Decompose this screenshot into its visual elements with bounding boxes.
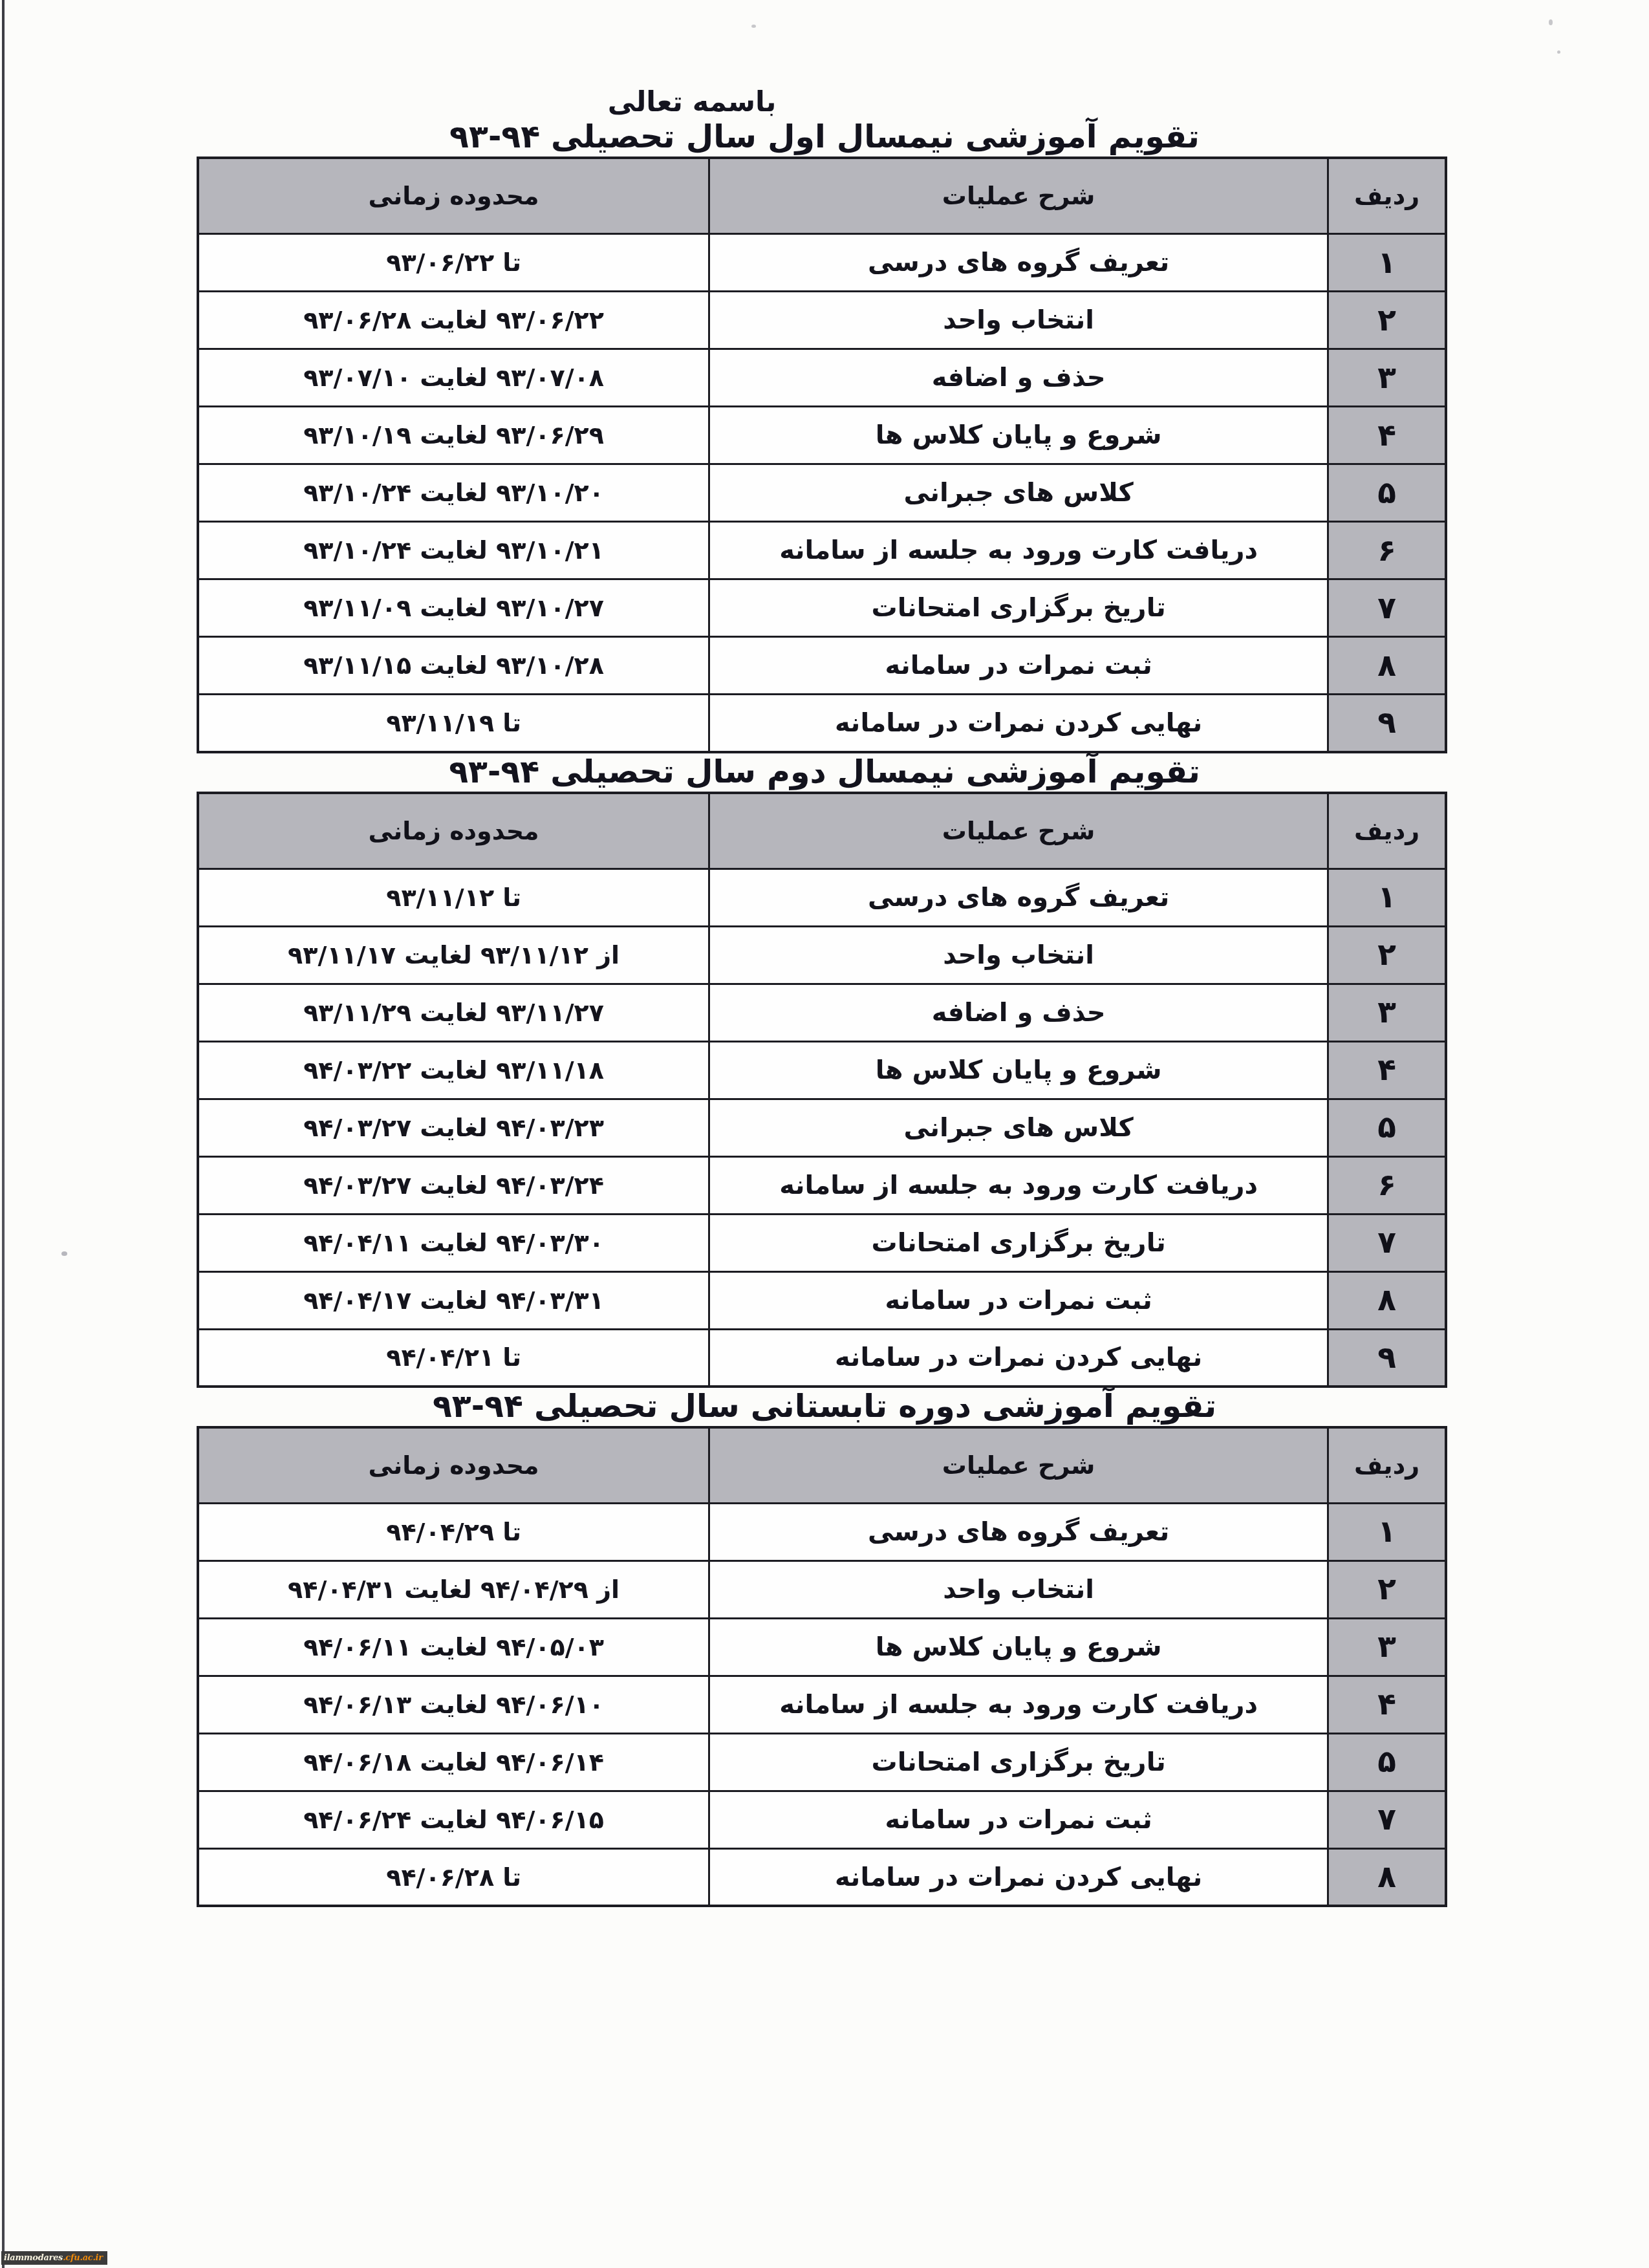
operation-description-cell: نهایی کردن نمرات در سامانه [709,1329,1328,1387]
table-row: ۲انتخاب واحداز ۹۴/۰۴/۲۹ لغایت ۹۴/۰۴/۳۱ [198,1561,1446,1618]
operation-description-cell: حذف و اضافه [709,984,1328,1041]
scan-speck [1557,50,1560,54]
operation-description-cell: تاریخ برگزاری امتحانات [709,1733,1328,1791]
time-range-cell: ۹۴/۰۳/۲۳ لغایت ۹۴/۰۳/۲۷ [198,1099,709,1156]
time-range-cell: ۹۴/۰۳/۳۱ لغایت ۹۴/۰۴/۱۷ [198,1271,709,1329]
time-range-cell: از ۹۳/۱۱/۱۲ لغایت ۹۳/۱۱/۱۷ [198,926,709,984]
time-range-cell: ۹۳/۱۱/۲۷ لغایت ۹۳/۱۱/۲۹ [198,984,709,1041]
time-range-cell: ۹۴/۰۵/۰۳ لغایت ۹۴/۰۶/۱۱ [198,1618,709,1676]
row-number-cell: ۶ [1328,1156,1446,1214]
time-range-cell: ۹۳/۱۰/۲۱ لغایت ۹۳/۱۰/۲۴ [198,522,709,579]
row-number-cell: ۹ [1328,695,1446,752]
table-row: ۱تعریف گروه های درسیتا ۹۴/۰۴/۲۹ [198,1503,1446,1561]
row-number-cell: ۱ [1328,234,1446,292]
row-number-cell: ۷ [1328,1791,1446,1848]
time-range-cell: تا ۹۴/۰۴/۲۱ [198,1329,709,1387]
time-range-cell: ۹۳/۰۶/۲۲ لغایت ۹۳/۰۶/۲۸ [198,292,709,349]
operation-description-cell: ثبت نمرات در سامانه [709,637,1328,695]
row-number-cell: ۱ [1328,869,1446,926]
time-range-cell: ۹۴/۰۶/۱۵ لغایت ۹۴/۰۶/۲۴ [198,1791,709,1848]
scan-speck [1549,19,1553,25]
table-row: ۴دریافت کارت ورود به جلسه از سامانه۹۴/۰۶… [198,1676,1446,1733]
scan-edge-artifact [2,0,5,2268]
operation-description-cell: دریافت کارت ورود به جلسه از سامانه [709,1676,1328,1733]
watermark-domain-suffix: .cfu.ac.ir [63,2253,103,2263]
table-row: ۸نهایی کردن نمرات در سامانهتا ۹۴/۰۶/۲۸ [198,1848,1446,1906]
table-row: ۱تعریف گروه های درسیتا ۹۳/۰۶/۲۲ [198,234,1446,292]
table-row: ۵کلاس های جبرانی۹۴/۰۳/۲۳ لغایت ۹۴/۰۳/۲۷ [198,1099,1446,1156]
operation-description-cell: شروع و پایان کلاس ها [709,1041,1328,1099]
calendar-table-second-semester: ردیف شرح عملیات محدوده زمانی ۱تعریف گروه… [197,792,1447,1388]
section-title-summer-term: تقویم آموزشی دوره تابستانی سال تحصیلی ۹۴… [0,1388,1649,1426]
table-row: ۴شروع و پایان کلاس ها۹۳/۰۶/۲۹ لغایت ۹۳/۱… [198,407,1446,464]
row-number-cell: ۲ [1328,926,1446,984]
row-number-cell: ۳ [1328,984,1446,1041]
header-row: ردیف شرح عملیات محدوده زمانی [198,158,1446,234]
operation-description-cell: کلاس های جبرانی [709,1099,1328,1156]
operation-description-cell: انتخاب واحد [709,926,1328,984]
operation-description-cell: نهایی کردن نمرات در سامانه [709,1848,1328,1906]
table-body: ۱تعریف گروه های درسیتا ۹۳/۰۶/۲۲۲انتخاب و… [198,234,1446,752]
operation-description-cell: کلاس های جبرانی [709,464,1328,522]
column-header-period: محدوده زمانی [198,793,709,869]
table-row: ۹نهایی کردن نمرات در سامانهتا ۹۳/۱۱/۱۹ [198,695,1446,752]
time-range-cell: ۹۴/۰۶/۱۰ لغایت ۹۴/۰۶/۱۳ [198,1676,709,1733]
operation-description-cell: تعریف گروه های درسی [709,234,1328,292]
table-row: ۳حذف و اضافه۹۳/۱۱/۲۷ لغایت ۹۳/۱۱/۲۹ [198,984,1446,1041]
table-row: ۲انتخاب واحداز ۹۳/۱۱/۱۲ لغایت ۹۳/۱۱/۱۷ [198,926,1446,984]
row-number-cell: ۱ [1328,1503,1446,1561]
time-range-cell: تا ۹۳/۰۶/۲۲ [198,234,709,292]
column-header-row-number: ردیف [1328,793,1446,869]
row-number-cell: ۴ [1328,407,1446,464]
table-row: ۷تاریخ برگزاری امتحانات۹۳/۱۰/۲۷ لغایت ۹۳… [198,579,1446,637]
time-range-cell: ۹۳/۱۱/۱۸ لغایت ۹۴/۰۳/۲۲ [198,1041,709,1099]
table-row: ۱تعریف گروه های درسیتا ۹۳/۱۱/۱۲ [198,869,1446,926]
header-row: ردیف شرح عملیات محدوده زمانی [198,793,1446,869]
row-number-cell: ۷ [1328,1214,1446,1271]
table-body: ۱تعریف گروه های درسیتا ۹۴/۰۴/۲۹۲انتخاب و… [198,1503,1446,1906]
time-range-cell: تا ۹۳/۱۱/۱۹ [198,695,709,752]
scan-speck [61,1251,67,1256]
row-number-cell: ۷ [1328,579,1446,637]
bismillah-heading: باسمه تعالی [0,0,1516,118]
operation-description-cell: شروع و پایان کلاس ها [709,1618,1328,1676]
table-row: ۳شروع و پایان کلاس ها۹۴/۰۵/۰۳ لغایت ۹۴/۰… [198,1618,1446,1676]
time-range-cell: ۹۳/۱۰/۲۰ لغایت ۹۳/۱۰/۲۴ [198,464,709,522]
time-range-cell: ۹۳/۰۷/۰۸ لغایت ۹۳/۰۷/۱۰ [198,349,709,407]
operation-description-cell: تاریخ برگزاری امتحانات [709,579,1328,637]
calendar-table-first-semester: ردیف شرح عملیات محدوده زمانی ۱تعریف گروه… [197,157,1447,753]
header-row: ردیف شرح عملیات محدوده زمانی [198,1427,1446,1504]
operation-description-cell: نهایی کردن نمرات در سامانه [709,695,1328,752]
row-number-cell: ۵ [1328,1099,1446,1156]
column-header-row-number: ردیف [1328,158,1446,234]
time-range-cell: از ۹۴/۰۴/۲۹ لغایت ۹۴/۰۴/۳۱ [198,1561,709,1618]
time-range-cell: ۹۳/۰۶/۲۹ لغایت ۹۳/۱۰/۱۹ [198,407,709,464]
column-header-operation: شرح عملیات [709,1427,1328,1504]
operation-description-cell: تعریف گروه های درسی [709,1503,1328,1561]
row-number-cell: ۸ [1328,1271,1446,1329]
operation-description-cell: دریافت کارت ورود به جلسه از سامانه [709,522,1328,579]
operation-description-cell: شروع و پایان کلاس ها [709,407,1328,464]
time-range-cell: تا ۹۴/۰۴/۲۹ [198,1503,709,1561]
row-number-cell: ۸ [1328,637,1446,695]
row-number-cell: ۵ [1328,1733,1446,1791]
table-row: ۸ثبت نمرات در سامانه۹۳/۱۰/۲۸ لغایت ۹۳/۱۱… [198,637,1446,695]
row-number-cell: ۶ [1328,522,1446,579]
operation-description-cell: تاریخ برگزاری امتحانات [709,1214,1328,1271]
operation-description-cell: تعریف گروه های درسی [709,869,1328,926]
row-number-cell: ۵ [1328,464,1446,522]
operation-description-cell: حذف و اضافه [709,349,1328,407]
operation-description-cell: ثبت نمرات در سامانه [709,1271,1328,1329]
operation-description-cell: ثبت نمرات در سامانه [709,1791,1328,1848]
operation-description-cell: دریافت کارت ورود به جلسه از سامانه [709,1156,1328,1214]
time-range-cell: ۹۴/۰۳/۲۴ لغایت ۹۴/۰۳/۲۷ [198,1156,709,1214]
table-body: ۱تعریف گروه های درسیتا ۹۳/۱۱/۱۲۲انتخاب و… [198,869,1446,1387]
table-row: ۵تاریخ برگزاری امتحانات۹۴/۰۶/۱۴ لغایت ۹۴… [198,1733,1446,1791]
watermark-site-name: ilammodares [4,2253,63,2263]
watermark: ilammodares.cfu.ac.ir [1,2251,107,2265]
row-number-cell: ۲ [1328,292,1446,349]
time-range-cell: تا ۹۳/۱۱/۱۲ [198,869,709,926]
column-header-period: محدوده زمانی [198,1427,709,1504]
table-row: ۶دریافت کارت ورود به جلسه از سامانه۹۴/۰۳… [198,1156,1446,1214]
row-number-cell: ۳ [1328,349,1446,407]
table-row: ۹نهایی کردن نمرات در سامانهتا ۹۴/۰۴/۲۱ [198,1329,1446,1387]
column-header-operation: شرح عملیات [709,158,1328,234]
row-number-cell: ۲ [1328,1561,1446,1618]
table-row: ۴شروع و پایان کلاس ها۹۳/۱۱/۱۸ لغایت ۹۴/۰… [198,1041,1446,1099]
time-range-cell: ۹۴/۰۶/۱۴ لغایت ۹۴/۰۶/۱۸ [198,1733,709,1791]
row-number-cell: ۴ [1328,1041,1446,1099]
table-row: ۷ثبت نمرات در سامانه۹۴/۰۶/۱۵ لغایت ۹۴/۰۶… [198,1791,1446,1848]
row-number-cell: ۳ [1328,1618,1446,1676]
table-row: ۷تاریخ برگزاری امتحانات۹۴/۰۳/۳۰ لغایت ۹۴… [198,1214,1446,1271]
time-range-cell: تا ۹۴/۰۶/۲۸ [198,1848,709,1906]
table-row: ۸ثبت نمرات در سامانه۹۴/۰۳/۳۱ لغایت ۹۴/۰۴… [198,1271,1446,1329]
calendar-table-summer-term: ردیف شرح عملیات محدوده زمانی ۱تعریف گروه… [197,1426,1447,1908]
operation-description-cell: انتخاب واحد [709,292,1328,349]
column-header-operation: شرح عملیات [709,793,1328,869]
row-number-cell: ۸ [1328,1848,1446,1906]
scanned-document-page: { "bismillah": "باسمه تعالی", "columns":… [0,0,1649,2268]
row-number-cell: ۹ [1328,1329,1446,1387]
time-range-cell: ۹۳/۱۰/۲۸ لغایت ۹۳/۱۱/۱۵ [198,637,709,695]
column-header-row-number: ردیف [1328,1427,1446,1504]
operation-description-cell: انتخاب واحد [709,1561,1328,1618]
time-range-cell: ۹۳/۱۰/۲۷ لغایت ۹۳/۱۱/۰۹ [198,579,709,637]
section-title-first-semester: تقویم آموزشی نیمسال اول سال تحصیلی ۹۴-۹۳ [0,118,1649,157]
table-row: ۵کلاس های جبرانی۹۳/۱۰/۲۰ لغایت ۹۳/۱۰/۲۴ [198,464,1446,522]
table-row: ۳حذف و اضافه۹۳/۰۷/۰۸ لغایت ۹۳/۰۷/۱۰ [198,349,1446,407]
column-header-period: محدوده زمانی [198,158,709,234]
table-row: ۶دریافت کارت ورود به جلسه از سامانه۹۳/۱۰… [198,522,1446,579]
table-row: ۲انتخاب واحد۹۳/۰۶/۲۲ لغایت ۹۳/۰۶/۲۸ [198,292,1446,349]
time-range-cell: ۹۴/۰۳/۳۰ لغایت ۹۴/۰۴/۱۱ [198,1214,709,1271]
section-title-second-semester: تقویم آموزشی نیمسال دوم سال تحصیلی ۹۴-۹۳ [0,753,1649,792]
row-number-cell: ۴ [1328,1676,1446,1733]
